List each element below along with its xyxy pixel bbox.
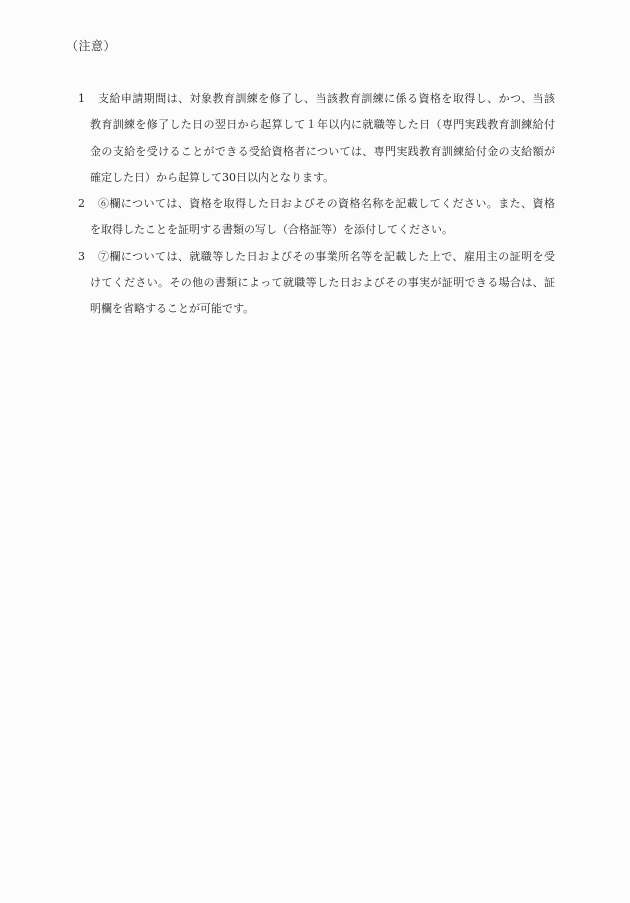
document-page: （注意） 1支給申請期間は、対象教育訓練を修了し、当該教育訓練に係る資格を取得し…	[0, 0, 630, 903]
note-first-line: 3⑦欄については、就職等した日およびその事業所名等を記載した上で、雇用主の証明を…	[98, 244, 555, 270]
note-number: 2	[78, 191, 98, 217]
note-first-line: 2⑥欄については、資格を取得した日およびその資格名称を記載してください。また、資…	[98, 191, 555, 217]
note-line: 金の支給を受けることができる受給資格者については、専門実践教育訓練給付金の支給額…	[90, 139, 555, 165]
note-line: けてください。その他の書類によって就職等した日およびその事実が証明できる場合は、…	[90, 270, 555, 296]
note-number: 3	[78, 244, 98, 270]
note-item: 1支給申請期間は、対象教育訓練を修了し、当該教育訓練に係る資格を取得し、かつ、当…	[78, 86, 555, 191]
note-line: 明欄を省略することが可能です。	[90, 296, 555, 322]
note-item: 2⑥欄については、資格を取得した日およびその資格名称を記載してください。また、資…	[78, 191, 555, 244]
notes-list: 1支給申請期間は、対象教育訓練を修了し、当該教育訓練に係る資格を取得し、かつ、当…	[78, 86, 555, 323]
note-line: を取得したことを証明する書類の写し（合格証等）を添付してください。	[90, 217, 555, 243]
note-item: 3⑦欄については、就職等した日およびその事業所名等を記載した上で、雇用主の証明を…	[78, 244, 555, 323]
note-line: 確定した日）から起算して30日以内となります。	[90, 165, 555, 191]
note-number: 1	[78, 86, 98, 112]
note-first-line: 1支給申請期間は、対象教育訓練を修了し、当該教育訓練に係る資格を取得し、かつ、当…	[98, 86, 555, 112]
page-title: （注意）	[66, 38, 116, 54]
note-line: 教育訓練を修了した日の翌日から起算して１年以内に就職等した日（専門実践教育訓練給…	[90, 112, 555, 138]
